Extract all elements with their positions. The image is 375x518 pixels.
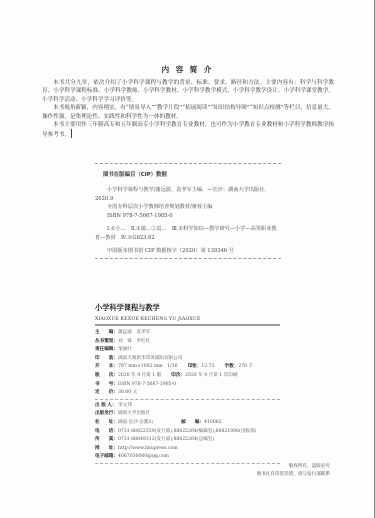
summary-text: 本书共分九章，依次介绍了小学科学课程与教学的背景、标准、要求、路径和方法。主要内… — [42, 79, 334, 140]
publisher-row: 电 话：0731-88822559(发行部),88822264(编辑室),888… — [95, 428, 280, 437]
info-row: 开 本：787 mm×1092 mm 1/16印张：12.75字数：270 千 — [95, 363, 280, 372]
text-cursor — [71, 129, 72, 138]
summary-paragraph: 本书共分九章，依次介绍了小学科学课程与教学的背景、标准、要求、路径和方法。主要内… — [42, 79, 334, 104]
cip-line: 全国专科层次小学教师培养规划教材/蒋蓉主编 — [95, 203, 281, 212]
book-pinyin: XIAOXUE KEXUE KECHENG YU JIAOXUE — [95, 317, 280, 322]
book-info-rows: 主 编：蒲远波 袁孝军 丛书策划：刘 锋 罗红红 责任编辑：邹丽红 印 装：湖南… — [95, 329, 280, 464]
cip-line: 中国版本图书馆 CIP 数据核字（2020）第 139346 号 — [95, 247, 281, 256]
publisher-row: 社 址：湖南·长沙·岳麓山邮 编：410082 — [95, 419, 280, 428]
publisher-row: 出 版 人：李文邦 — [95, 402, 280, 411]
publisher-row: 电子邮箱：4067036060@qq.com — [95, 453, 280, 462]
summary-paragraph: 本书视角新颖，内容翔实，有“情景导入”“教学片段”“拓展阅读”“知识结构导图”“… — [42, 104, 334, 121]
info-row: 定 价：38.00 元 — [95, 389, 280, 398]
divider — [95, 163, 281, 164]
divider — [95, 399, 280, 400]
info-row: 印 装：湖南天闻新华印务邵阳有限公司 — [95, 355, 280, 364]
cip-line: 小学科学课程与教学/蒲远波，袁孝军主编．—长沙：湖南大学出版社，2020.9 — [95, 186, 281, 203]
divider — [95, 463, 280, 464]
publisher-row: 出版发行：湖南大学出版社 — [95, 410, 280, 419]
divider — [95, 324, 280, 326]
book-title: 小学科学课程与教学 — [95, 303, 280, 313]
book-info-block: 小学科学课程与教学 XIAOXUE KEXUE KECHENG YU JIAOX… — [95, 303, 280, 466]
cip-title: 图书在版编目（CIP）数据 — [103, 170, 281, 178]
cip-line: Ⅰ.①小… Ⅱ.①蒲…②袁… Ⅲ.①科学知识—教学研究—小学—高等职业教育—教材… — [95, 225, 281, 242]
cip-block: 图书在版编目（CIP）数据 小学科学课程与教学/蒲远波，袁孝军主编．—长沙：湖南… — [95, 163, 281, 259]
info-row: 书 号：ISBN 978-7-5667-1985-0 — [95, 381, 280, 390]
publisher-row: 传 真：0731-88649312(发行部),88822264(总编室) — [95, 436, 280, 445]
info-row: 责任编辑：邹丽红 — [95, 346, 280, 355]
info-row: 版 次：2020 年 9 月第 1 版印次：2020 年 9 月第 1 次印刷 — [95, 372, 280, 381]
cip-body: 小学科学课程与教学/蒲远波，袁孝军主编．—长沙：湖南大学出版社，2020.9 全… — [95, 186, 281, 256]
info-row: 丛书策划：刘 锋 罗红红 — [95, 338, 280, 347]
publisher-row: 网 址：http://www.hnupress.com — [95, 445, 280, 454]
copyright-notice: 版权所有，盗版必究 图书凡有印装差错，请与发行部联系 — [256, 463, 330, 478]
cip-line: ISBN 978-7-5667-1985-0 — [95, 212, 281, 221]
info-row: 主 编：蒲远波 袁孝军 — [95, 329, 280, 338]
summary-title: 内 容 简 介 — [0, 64, 375, 75]
divider — [95, 258, 281, 259]
summary-paragraph: 本书主要用作三年制高专和五年制高专小学科学教育专业教材，也可作为小学教育专业教材… — [42, 121, 334, 140]
